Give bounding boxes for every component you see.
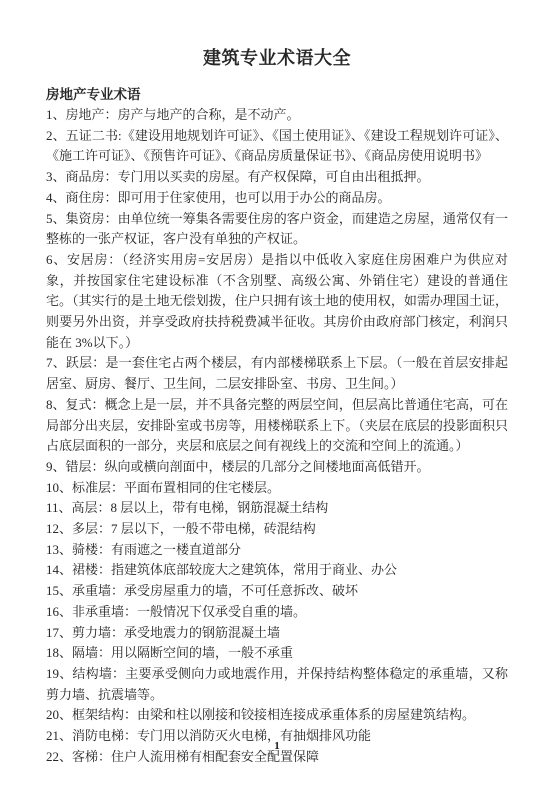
- term-item: 11、高层：8 层以上，带有电梯，钢筋混凝土结构: [46, 498, 508, 519]
- term-item: 20、框架结构：由梁和柱以刚接和铰接相连接成承重体系的房屋建筑结构。: [46, 705, 508, 726]
- term-list: 1、房地产：房产与地产的合称，是不动产。2、五证二书:《建设用地规划许可证》、《…: [46, 105, 508, 768]
- term-item: 12、多层：7 层以下，一般不带电梯，砖混结构: [46, 519, 508, 540]
- term-item: 13、骑楼：有雨遮之一楼直道部分: [46, 540, 508, 561]
- document-title: 建筑专业术语大全: [46, 46, 508, 69]
- term-item: 18、隔墙：用以隔断空间的墙，一般不承重: [46, 643, 508, 664]
- term-item: 2、五证二书:《建设用地规划许可证》、《国土使用证》、《建设工程规划许可证》、《…: [46, 126, 508, 167]
- term-item: 5、集资房：由单位统一筹集各需要住房的客户资金，而建造之房屋，通常仅有一整栋的一…: [46, 209, 508, 250]
- term-item: 15、承重墙：承受房屋重力的墙，不可任意拆改、破坏: [46, 581, 508, 602]
- document-page: 建筑专业术语大全 房地产专业术语 1、房地产：房产与地产的合称，是不动产。2、五…: [0, 0, 554, 788]
- page-number: 1: [0, 740, 554, 752]
- section-heading: 房地产专业术语: [46, 85, 508, 104]
- term-item: 14、裙楼：指建筑体底部较庞大之建筑体，常用于商业、办公: [46, 560, 508, 581]
- term-item: 9、错层：纵向或横向剖面中，楼层的几部分之间楼地面高低错开。: [46, 457, 508, 478]
- term-item: 6、安居房：（经济实用房=安居房）是指以中低收入家庭住房困难户为供应对象，并按国…: [46, 250, 508, 354]
- term-item: 17、剪力墙：承受地震力的钢筋混凝土墙: [46, 623, 508, 644]
- term-item: 1、房地产：房产与地产的合称，是不动产。: [46, 105, 508, 126]
- term-item: 4、商住房：即可用于住家使用，也可以用于办公的商品房。: [46, 188, 508, 209]
- term-item: 3、商品房：专门用以买卖的房屋。有产权保障，可自由出租抵押。: [46, 167, 508, 188]
- term-item: 8、复式：概念上是一层，并不具备完整的两层空间，但层高比普通住宅高，可在局部分出…: [46, 395, 508, 457]
- term-item: 19、结构墙：主要承受侧向力或地震作用，并保持结构整体稳定的承重墙，又称剪力墙、…: [46, 664, 508, 705]
- term-item: 16、非承重墙：一般情况下仅承受自重的墙。: [46, 602, 508, 623]
- term-item: 7、跃层：是一套住宅占两个楼层，有内部楼梯联系上下层。（一般在首层安排起居室、厨…: [46, 353, 508, 394]
- term-item: 10、标准层：平面布置相同的住宅楼层。: [46, 478, 508, 499]
